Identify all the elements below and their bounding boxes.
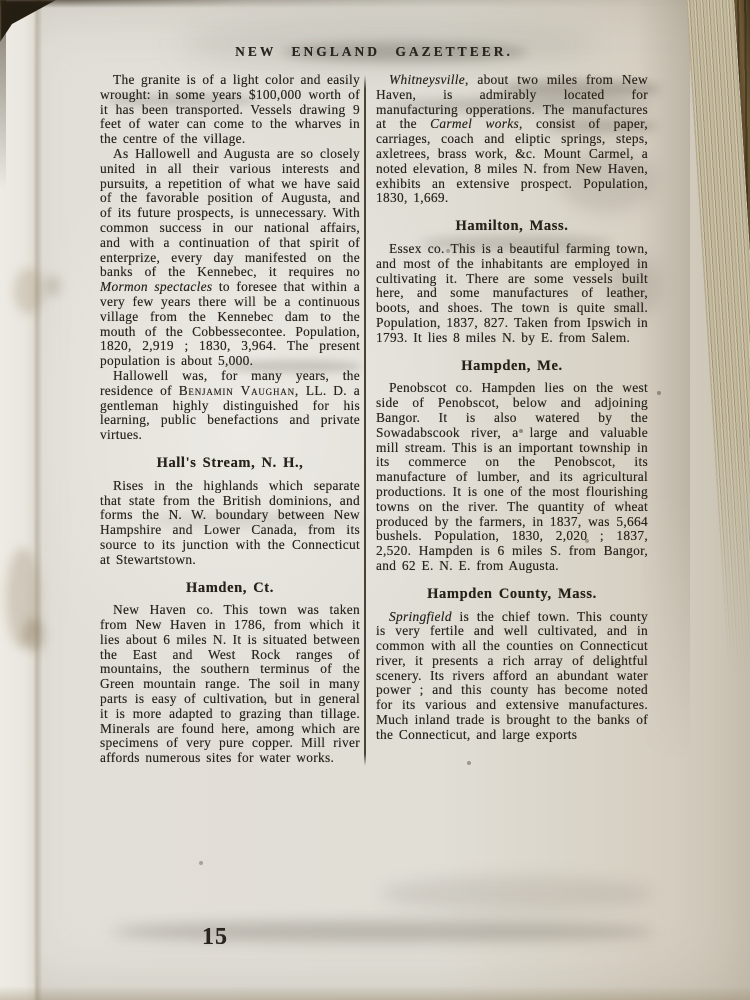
gutter-crease-line: [33, 0, 42, 1000]
italic-phrase: Springfield: [389, 609, 452, 624]
right-column: Whitneysville, about two miles from New …: [376, 73, 648, 766]
page-stack-fore-edge: [685, 0, 750, 711]
paper-stain: [46, 275, 60, 297]
column-rule: [364, 75, 366, 766]
two-column-text: The granite is of a light color and easi…: [100, 73, 648, 766]
italic-phrase: Mormon spectacles: [100, 279, 212, 294]
paragraph-hampden-me: Penobscot co. Hampden lies on the west s…: [376, 381, 648, 573]
ink-smudge: [112, 921, 654, 942]
left-column: The granite is of a light color and easi…: [100, 73, 360, 766]
paragraph-whitneysville: Whitneysville, about two miles from New …: [376, 73, 648, 206]
italic-phrase: Carmel works: [430, 116, 519, 131]
paragraph-hallowell-augusta: As Hallowell and Augusta are so closely …: [100, 147, 360, 369]
entry-heading-halls-stream: Hall's Stream, N. H.,: [100, 456, 360, 471]
book-page-scan: NEW ENGLAND GAZETTEER. The granite is of…: [0, 0, 750, 1000]
paper-stain: [24, 618, 44, 652]
entry-heading-hampden-me: Hampden, Me.: [376, 359, 648, 374]
entry-heading-hamden-ct: Hamden, Ct.: [100, 581, 360, 596]
page-number: 15: [202, 924, 228, 951]
paragraph-hamden-ct: New Haven co. This town was taken from N…: [100, 603, 360, 766]
paragraph-text-segment: As Hallowell and Augusta are so closely …: [100, 146, 360, 279]
printed-page-content: NEW ENGLAND GAZETTEER. The granite is of…: [100, 44, 648, 766]
italic-phrase: Whitneysville: [389, 72, 465, 87]
paragraph-hamilton-mass: Essex co. This is a beautiful farming to…: [376, 242, 648, 346]
ink-smudge: [380, 876, 652, 912]
scan-bottom-edge-shadow: [0, 986, 750, 1000]
paragraph-text-segment: is the chief town. This county is very f…: [376, 609, 648, 742]
paper-stain: [14, 268, 44, 314]
paragraph-halls-stream: Rises in the highlands which separate th…: [100, 479, 360, 568]
paragraph-vaughan: Hallowell was, for many years, the resid…: [100, 369, 360, 443]
dust-specks: [0, 0, 2, 2]
small-caps-name: Benjamin Vaughan,: [179, 383, 299, 398]
scan-left-edge-shadow: [0, 0, 6, 190]
scan-top-edge-shadow: [0, 0, 706, 8]
paragraph-granite: The granite is of a light color and easi…: [100, 73, 360, 147]
entry-heading-hamilton-mass: Hamilton, Mass.: [376, 219, 648, 234]
paragraph-hampden-county: Springfield is the chief town. This coun…: [376, 610, 648, 743]
running-head: NEW ENGLAND GAZETTEER.: [100, 44, 648, 60]
entry-heading-hampden-county: Hampden County, Mass.: [376, 587, 648, 602]
